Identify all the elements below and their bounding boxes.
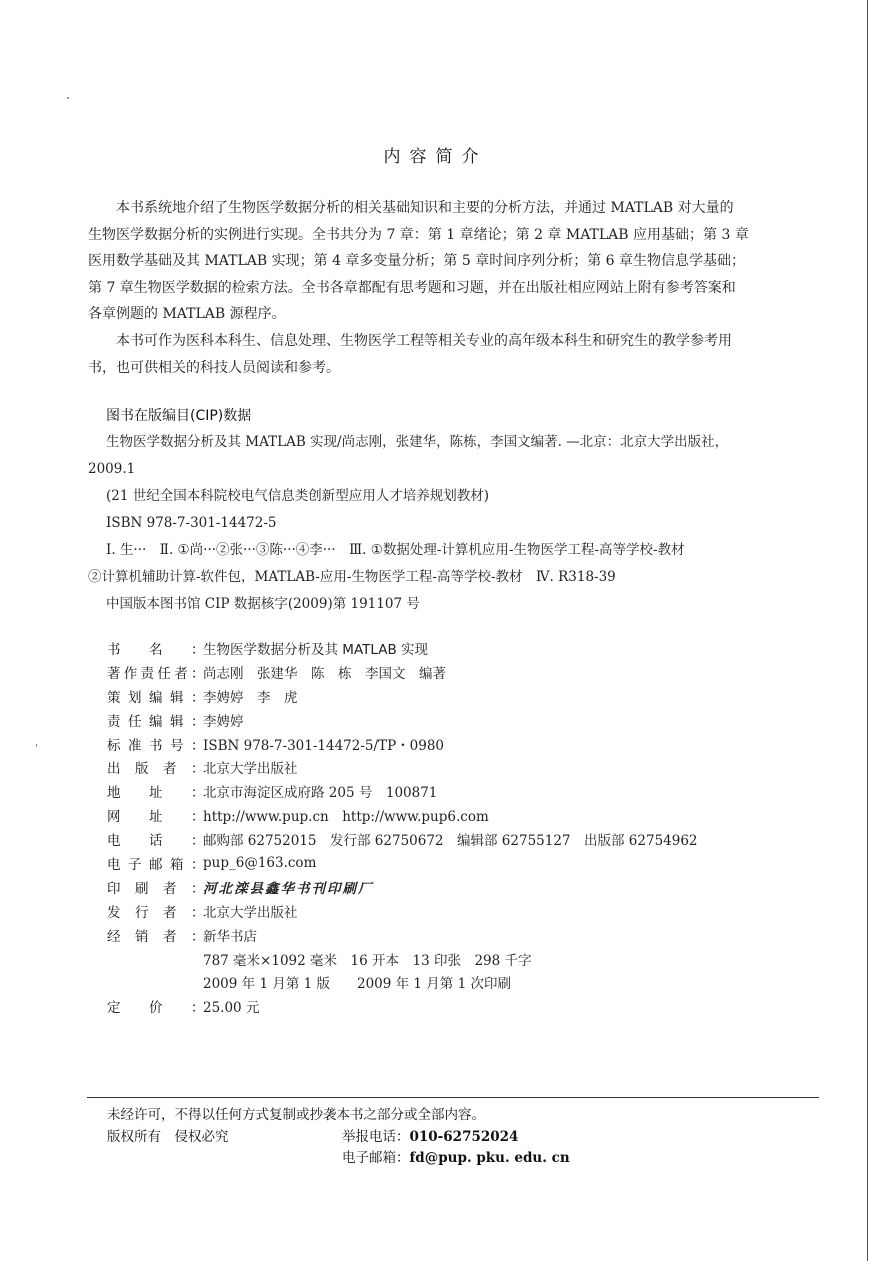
info-value: 邮购部 62752015 发行部 62750672 编辑部 62755127 出…: [201, 829, 698, 849]
summary-line: 生物医学数据分析的实例进行实现。全书共分为 7 章：第 1 章绪论；第 2 章 …: [88, 222, 818, 249]
info-label: 策划编辑：: [107, 686, 201, 706]
info-label-char: 编: [149, 686, 163, 706]
info-label: 电话：: [107, 829, 201, 849]
info-label-char: 者: [163, 877, 177, 897]
info-label: 电子邮箱：: [107, 853, 201, 873]
info-label-char: 箱: [170, 853, 184, 873]
info-label-char: 出: [107, 757, 121, 777]
info-row: 标准书号：ISBN 978-7-301-14472-5/TP・0980: [107, 732, 698, 756]
info-label-char: 话: [149, 829, 163, 849]
info-row: 著作责任者：尚志刚 张建华 陈 栋 李国文 编著: [107, 660, 698, 684]
cip-data-block: 生物医学数据分析及其 MATLAB 实现/尚志刚，张建华，陈栋，李国文编著. —…: [88, 429, 823, 618]
scan-speck: [36, 744, 37, 747]
publication-info-table: 书名：生物医学数据分析及其 MATLAB 实现著作责任者：尚志刚 张建华 陈 栋…: [107, 636, 698, 1018]
info-row: 书名：生物医学数据分析及其 MATLAB 实现: [107, 636, 698, 660]
info-label-char: 标: [107, 734, 121, 754]
label-colon: ：: [191, 901, 201, 921]
summary-line: 医用数学基础及其 MATLAB 实现；第 4 章多变量分析；第 5 章时间序列分…: [88, 248, 818, 275]
summary-line: 本书系统地介绍了生物医学数据分析的相关基础知识和主要的分析方法，并通过 MATL…: [88, 195, 818, 222]
info-label-char: 行: [135, 901, 149, 921]
info-label-char: 电: [107, 853, 121, 873]
info-label-char: 址: [149, 805, 163, 825]
info-label: 定价：: [107, 996, 201, 1016]
info-label: 印刷者：: [107, 877, 201, 897]
summary-line: 书，也可供相关的科技人员阅读和参考。: [88, 355, 818, 382]
info-row: 策划编辑：李娉婷 李 虎: [107, 684, 698, 708]
info-value: 787 毫米×1092 毫米 16 开本 13 印张 298 千字: [201, 949, 532, 969]
info-value: 尚志刚 张建华 陈 栋 李国文 编著: [201, 662, 446, 682]
info-label-char: 价: [149, 996, 163, 1016]
info-label: 责任编辑：: [107, 710, 201, 730]
info-value: 25.00 元: [201, 996, 259, 1016]
info-value: http://www.pup.cn http://www.pup6.com: [201, 805, 489, 825]
info-value: 北京大学出版社: [201, 901, 298, 921]
info-label-char: 辑: [170, 710, 184, 730]
info-value: 生物医学数据分析及其 MATLAB 实现: [201, 638, 428, 658]
info-row: 发行者：北京大学出版社: [107, 899, 698, 923]
info-label: 书名：: [107, 638, 201, 658]
summary-line: 本书可作为医科本科生、信息处理、生物医学工程等相关专业的高年级本科生和研究生的教…: [88, 328, 818, 355]
info-label-char: 准: [128, 734, 142, 754]
report-phone: 举报电话：010-62752024: [342, 1125, 518, 1145]
info-label: 发行者：: [107, 901, 201, 921]
label-colon: ：: [191, 638, 201, 658]
info-value: 2009 年 1 月第 1 版 2009 年 1 月第 1 次印刷: [201, 972, 511, 992]
cip-line: ②计算机辅助计算-软件包，MATLAB-应用-生物医学工程-高等学校-教材 Ⅳ.…: [88, 564, 823, 591]
info-row: 责任编辑：李娉婷: [107, 708, 698, 732]
summary-paragraph-2: 本书可作为医科本科生、信息处理、生物医学工程等相关专业的高年级本科生和研究生的教…: [88, 328, 818, 381]
cip-heading: 图书在版编目(CIP)数据: [106, 405, 251, 425]
cip-line: Ⅰ. 生··· Ⅱ. ①尚···②张···③陈···④李··· Ⅲ. ①数据处理…: [88, 537, 823, 564]
info-label-char: 子: [128, 853, 142, 873]
cip-line: (21 世纪全国本科院校电气信息类创新型应用人才培养规划教材): [88, 483, 823, 510]
cip-line: 生物医学数据分析及其 MATLAB 实现/尚志刚，张建华，陈栋，李国文编著. —…: [88, 429, 823, 456]
info-label-char: 销: [135, 925, 149, 945]
footer-divider: [87, 1097, 819, 1098]
info-label-char: 邮: [149, 853, 163, 873]
summary-paragraph-1: 本书系统地介绍了生物医学数据分析的相关基础知识和主要的分析方法，并通过 MATL…: [88, 195, 818, 328]
info-row: 印刷者：河北滦县鑫华书刊印刷厂: [107, 875, 698, 899]
info-label-char: 者: [174, 662, 188, 682]
report-email-label: 电子邮箱：: [342, 1150, 410, 1166]
info-value: 李娉婷 李 虎: [201, 686, 298, 706]
info-label-char: 号: [170, 734, 184, 754]
info-label-char: 责: [107, 710, 121, 730]
info-label-char: 网: [107, 805, 121, 825]
info-label-char: 址: [149, 781, 163, 801]
info-label: 经销者：: [107, 925, 201, 945]
copyright-notice: 未经许可，不得以任何方式复制或抄袭本书之部分或全部内容。: [107, 1103, 485, 1123]
info-value: ISBN 978-7-301-14472-5/TP・0980: [201, 734, 444, 754]
report-phone-label: 举报电话：: [342, 1129, 410, 1145]
label-colon: ：: [191, 925, 201, 945]
info-label-char: 策: [107, 686, 121, 706]
info-label-char: 划: [128, 686, 142, 706]
info-label-char: 名: [149, 638, 163, 658]
report-email: 电子邮箱：fd@pup. pku. edu. cn: [342, 1146, 570, 1166]
info-row: 电子邮箱：pup_6@163.com: [107, 851, 698, 875]
info-label-char: 电: [107, 829, 121, 849]
rights-reserved: 版权所有 侵权必究: [107, 1125, 229, 1145]
info-label-char: 印: [107, 877, 121, 897]
info-label-char: 者: [163, 925, 177, 945]
info-value: 李娉婷: [201, 710, 244, 730]
info-label-char: 版: [135, 757, 149, 777]
info-label-char: 者: [163, 901, 177, 921]
info-label: 地址：: [107, 781, 201, 801]
info-label-char: 定: [107, 996, 121, 1016]
label-colon: ：: [191, 662, 201, 682]
report-phone-value: 010-62752024: [410, 1129, 519, 1145]
info-label: 标准书号：: [107, 734, 201, 754]
report-email-value: fd@pup. pku. edu. cn: [410, 1150, 570, 1166]
cip-line: 2009.1: [88, 456, 823, 483]
info-label-char: 经: [107, 925, 121, 945]
info-label-char: 编: [149, 710, 163, 730]
info-row: 电话：邮购部 62752015 发行部 62750672 编辑部 6275512…: [107, 827, 698, 851]
page-edge-line: [867, 0, 868, 1261]
summary-line: 第 7 章生物医学数据的检索方法。全书各章都配有思考题和习题，并在出版社相应网站…: [88, 275, 818, 302]
cip-line: 中国版本图书馆 CIP 数据核字(2009)第 191107 号: [88, 591, 823, 618]
label-colon: ：: [191, 757, 201, 777]
info-value: 新华书店: [201, 925, 257, 945]
info-row: 地址：北京市海淀区成府路 205 号 100871: [107, 779, 698, 803]
label-colon: ：: [191, 853, 201, 873]
info-label: 网址：: [107, 805, 201, 825]
info-value: pup_6@163.com: [201, 855, 316, 871]
info-label-char: 发: [107, 901, 121, 921]
label-colon: ：: [191, 686, 201, 706]
info-label-char: 者: [163, 757, 177, 777]
label-colon: ：: [191, 710, 201, 730]
info-row: 定价：25.00 元: [107, 994, 698, 1018]
label-colon: ：: [191, 734, 201, 754]
info-label-char: 书: [149, 734, 163, 754]
cip-line: ISBN 978-7-301-14472-5: [88, 510, 823, 537]
info-label: 著作责任者：: [107, 662, 201, 682]
info-label-char: 书: [107, 638, 121, 658]
info-label-char: 责: [141, 662, 155, 682]
info-row: 出版者：北京大学出版社: [107, 755, 698, 779]
info-label-char: 任: [128, 710, 142, 730]
info-label-char: 作: [124, 662, 138, 682]
info-label: 出版者：: [107, 757, 201, 777]
label-colon: ：: [191, 877, 201, 897]
info-value: 河北滦县鑫华书刊印刷厂: [201, 877, 374, 897]
info-row: 网址：http://www.pup.cn http://www.pup6.com: [107, 803, 698, 827]
info-row: 经销者：新华书店: [107, 923, 698, 947]
scan-speck: [67, 97, 69, 99]
info-label-char: 地: [107, 781, 121, 801]
label-colon: ：: [191, 996, 201, 1016]
label-colon: ：: [191, 805, 201, 825]
info-row: 2009 年 1 月第 1 版 2009 年 1 月第 1 次印刷: [107, 970, 698, 994]
info-value: 北京大学出版社: [201, 757, 298, 777]
summary-line: 各章例题的 MATLAB 源程序。: [88, 301, 818, 328]
info-label-char: 任: [157, 662, 171, 682]
info-label-char: 著: [107, 662, 121, 682]
info-label-char: 辑: [170, 686, 184, 706]
page-title: 内容简介: [0, 142, 871, 167]
info-label-char: 刷: [135, 877, 149, 897]
label-colon: ：: [191, 781, 201, 801]
label-colon: ：: [191, 829, 201, 849]
info-value: 北京市海淀区成府路 205 号 100871: [201, 781, 437, 801]
info-row: 787 毫米×1092 毫米 16 开本 13 印张 298 千字: [107, 947, 698, 971]
